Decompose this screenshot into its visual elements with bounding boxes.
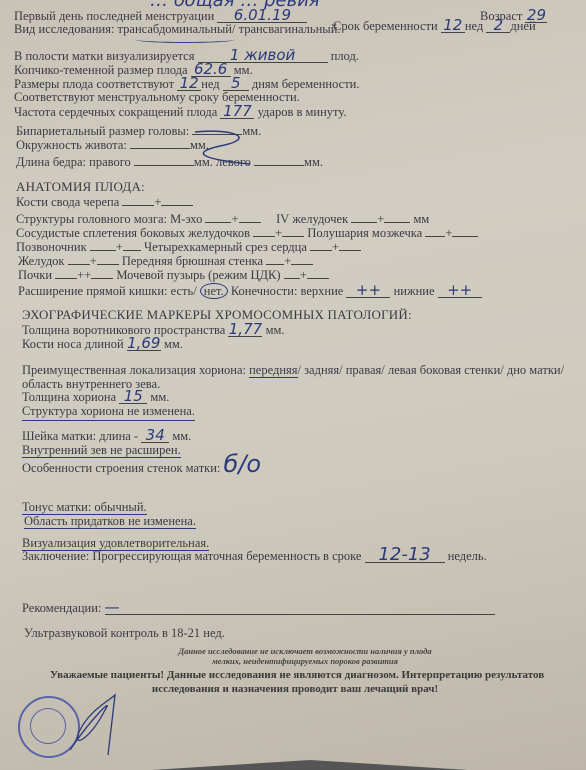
spine-label: Позвоночник xyxy=(16,240,87,254)
brain-label: Структуры головного мозга: М-эхо xyxy=(16,212,202,226)
femur-left-blank xyxy=(254,165,304,166)
nasal-value: 1,69 xyxy=(127,336,161,351)
blank xyxy=(351,222,377,223)
size-days-unit: дням беременности. xyxy=(252,77,360,91)
plus-value: + xyxy=(90,254,97,268)
plus-value: + xyxy=(445,226,452,240)
cerebellum-label: Полушария мозжечка xyxy=(307,226,422,240)
choroid-row: Сосудистые сплетения боковых желудочков … xyxy=(16,226,478,240)
brain-row: Структуры головного мозга: М-эхо + IV же… xyxy=(16,212,429,226)
femur-row: Длина бедра: правого мм. левого мм. xyxy=(16,155,323,169)
blank xyxy=(91,278,113,279)
plus-value: + xyxy=(300,268,307,282)
size-label: Размеры плода соответствуют xyxy=(14,77,174,91)
skull-label: Кости свода черепа xyxy=(16,195,119,209)
crl-row: Копчико-теменной размер плода 62.6 мм. xyxy=(14,62,253,77)
blank xyxy=(284,278,300,279)
blank xyxy=(239,222,261,223)
chorion-structure: Структура хориона не изменена. xyxy=(22,404,195,421)
plus-value: + xyxy=(332,240,339,254)
blank xyxy=(97,264,119,265)
nt-label: Толщина воротникового пространства xyxy=(22,323,225,337)
blank xyxy=(205,222,231,223)
size-days: 5 xyxy=(223,76,249,91)
plus-value: + xyxy=(377,212,384,226)
skull-row: Кости свода черепа + xyxy=(16,195,193,209)
blank xyxy=(55,278,77,279)
plus-value: + xyxy=(275,226,282,240)
exam-type-label: Вид исследования: xyxy=(14,22,114,36)
limbs-lower-label: нижние xyxy=(394,284,435,298)
desk-edge xyxy=(120,760,500,770)
visualized-label: В полости матки визуализируется xyxy=(14,49,194,63)
uterine-walls-value: б/о xyxy=(224,450,262,478)
size-weeks: 12 xyxy=(177,76,201,91)
blank xyxy=(384,222,410,223)
bpd-label: Бипариетальный размер головы: xyxy=(16,124,189,138)
blank xyxy=(307,278,329,279)
gestation-days: 2 xyxy=(486,18,510,33)
anatomy-title: АНАТОМИЯ ПЛОДА: xyxy=(16,180,145,194)
conclusion-unit: недель. xyxy=(448,549,487,563)
bladder-label: Мочевой пузырь (режим ЦДК) xyxy=(116,268,280,282)
plus-value: + xyxy=(154,195,161,209)
strike-scribble xyxy=(190,128,260,168)
mm-unit: мм. xyxy=(150,390,169,404)
heart-rate-row: Частота сердечных сокращений плода 177 у… xyxy=(14,104,346,119)
gestation-row: Срок беременности 12нед 2дней xyxy=(333,18,536,33)
internal-os: Внутренний зев не расширен. xyxy=(22,443,181,458)
uterine-walls-label: Особенности строения стенок матки: xyxy=(22,461,220,475)
blank xyxy=(161,205,193,206)
disclaimer-line2: мелких, неидентифицируемых пороков разви… xyxy=(170,654,440,668)
recommendations-row: Рекомендации: — xyxy=(22,600,495,615)
rectum-label: Расширение прямой кишки: xyxy=(18,284,168,298)
patients-note-line1: Уважаемые пациенты! Данные исследования … xyxy=(50,668,540,682)
chorion-thickness-row: Толщина хориона 15 мм. xyxy=(22,389,169,404)
rectum-yes: есть/ xyxy=(171,284,197,298)
chorion-thickness-label: Толщина хориона xyxy=(22,390,116,404)
femur-label: Длина бедра: правого xyxy=(16,155,131,169)
handwritten-underline xyxy=(135,36,235,43)
visualized-row: В полости матки визуализируется 1 живой … xyxy=(14,48,359,63)
ac-blank xyxy=(130,148,190,149)
limbs-lower-value: ++ xyxy=(438,283,482,298)
mm-unit: мм. xyxy=(172,429,191,443)
kidneys-label: Почки xyxy=(18,268,52,282)
uterine-walls-row: Особенности строения стенок матки: б/о xyxy=(22,457,261,475)
blank xyxy=(282,236,304,237)
mm-unit: мм xyxy=(413,212,429,226)
exam-type-options: трансабдоминальный/ трансвагинальный. xyxy=(118,22,341,36)
nasal-row: Кости носа длиной 1,69 мм. xyxy=(22,336,183,351)
blank xyxy=(339,250,361,251)
weeks-unit: нед xyxy=(465,19,483,33)
hr-label: Частота сердечных сокращений плода xyxy=(14,105,217,119)
stomach-label: Желудок xyxy=(18,254,65,268)
menstrual-match: Соответствуют менструальному сроку берем… xyxy=(14,90,300,104)
blank xyxy=(68,264,90,265)
ultrasound-report-page: … общая … ревия Первый день последней ме… xyxy=(0,0,586,770)
plus-value: + xyxy=(231,212,238,226)
conclusion-term-value: 12-13 xyxy=(365,548,445,563)
rectum-no-circled: нет. xyxy=(200,283,228,299)
chorion-location-label: Преимущественная локализация хориона: xyxy=(22,363,246,377)
cervix-length-label: Шейка матки: длина - xyxy=(22,429,138,443)
visualized-unit: плод. xyxy=(331,49,359,63)
blank xyxy=(123,250,141,251)
size-weeks-unit: нед xyxy=(201,77,219,91)
heart-label: Четырехкамерный срез сердца xyxy=(144,240,307,254)
mm-unit: мм. xyxy=(164,337,183,351)
blank xyxy=(425,236,445,237)
hr-value: 177 xyxy=(220,104,254,119)
mm-unit: мм. xyxy=(266,323,285,337)
conclusion-row: Заключение: Прогрессирующая маточная бер… xyxy=(22,548,487,563)
chorion-location-selected: передняя xyxy=(249,363,297,378)
lmp-label: Первый день последней менструации xyxy=(14,9,214,23)
uterine-tone: Тонус матки: обычный. xyxy=(22,500,147,515)
mm-unit: мм. xyxy=(304,155,323,169)
markers-title: ЭХОГРАФИЧЕСКИЕ МАРКЕРЫ ХРОМОСОМНЫХ ПАТОЛ… xyxy=(22,308,412,322)
limbs-upper-value: ++ xyxy=(346,283,390,298)
blank xyxy=(266,264,284,265)
nt-value: 1,77 xyxy=(228,322,262,337)
cervix-length-row: Шейка матки: длина - 34 мм. xyxy=(22,428,191,443)
ac-label: Окружность живота: xyxy=(16,138,127,152)
nasal-label: Кости носа длиной xyxy=(22,337,124,351)
adnexa: Область придатков не изменена. xyxy=(24,514,196,529)
limbs-upper-label: Конечности: верхние xyxy=(231,284,344,298)
crl-label: Копчико-теменной размер плода xyxy=(14,63,188,77)
plus-value: + xyxy=(116,240,123,254)
plus-value: + xyxy=(284,254,291,268)
lmp-value: 6.01.19 xyxy=(217,8,307,23)
exam-type-row: Вид исследования: трансабдоминальный/ тр… xyxy=(14,22,341,36)
ac-row: Окружность живота: мм. xyxy=(16,138,209,152)
choroid-label: Сосудистые сплетения боковых желудочков xyxy=(16,226,250,240)
gestation-label: Срок беременности xyxy=(333,19,438,33)
chorion-location-row: Преимущественная локализация хориона: пе… xyxy=(22,363,564,377)
chorion-location-options: / задняя/ правая/ левая боковая стенки/ … xyxy=(298,363,565,377)
abdomen-label: Передняя брюшная стенка xyxy=(122,254,263,268)
lmp-row: Первый день последней менструации 6.01.1… xyxy=(14,8,307,23)
ventricle-label: IV желудочек xyxy=(276,212,348,226)
recommendations-value: — xyxy=(105,600,495,615)
kidneys-row: Почки ++ Мочевой пузырь (режим ЦДК) + xyxy=(18,268,329,282)
blank xyxy=(310,250,332,251)
blank xyxy=(90,250,116,251)
chorion-thickness-value: 15 xyxy=(119,389,147,404)
blank xyxy=(452,236,478,237)
days-unit: дней xyxy=(510,19,535,33)
hr-unit: ударов в минуту. xyxy=(258,105,347,119)
recommendations-label: Рекомендации: xyxy=(22,601,101,615)
blank xyxy=(291,264,313,265)
spine-row: Позвоночник + Четырехкамерный срез сердц… xyxy=(16,240,361,254)
blank xyxy=(253,236,275,237)
gestation-weeks: 12 xyxy=(441,18,465,33)
cervix-length-value: 34 xyxy=(141,428,169,443)
doctor-signature xyxy=(60,690,130,760)
femur-right-blank xyxy=(134,165,194,166)
kidneys-value: ++ xyxy=(77,268,91,282)
conclusion-label: Заключение: Прогрессирующая маточная бер… xyxy=(22,549,361,563)
blank xyxy=(122,205,154,206)
size-row: Размеры плода соответствуют 12нед 5 дням… xyxy=(14,76,359,91)
followup: Ультразвуковой контроль в 18-21 нед. xyxy=(24,626,225,640)
rectum-limbs-row: Расширение прямой кишки: есть/ нет. Коне… xyxy=(18,283,482,298)
stomach-row: Желудок + Передняя брюшная стенка + xyxy=(18,254,313,268)
